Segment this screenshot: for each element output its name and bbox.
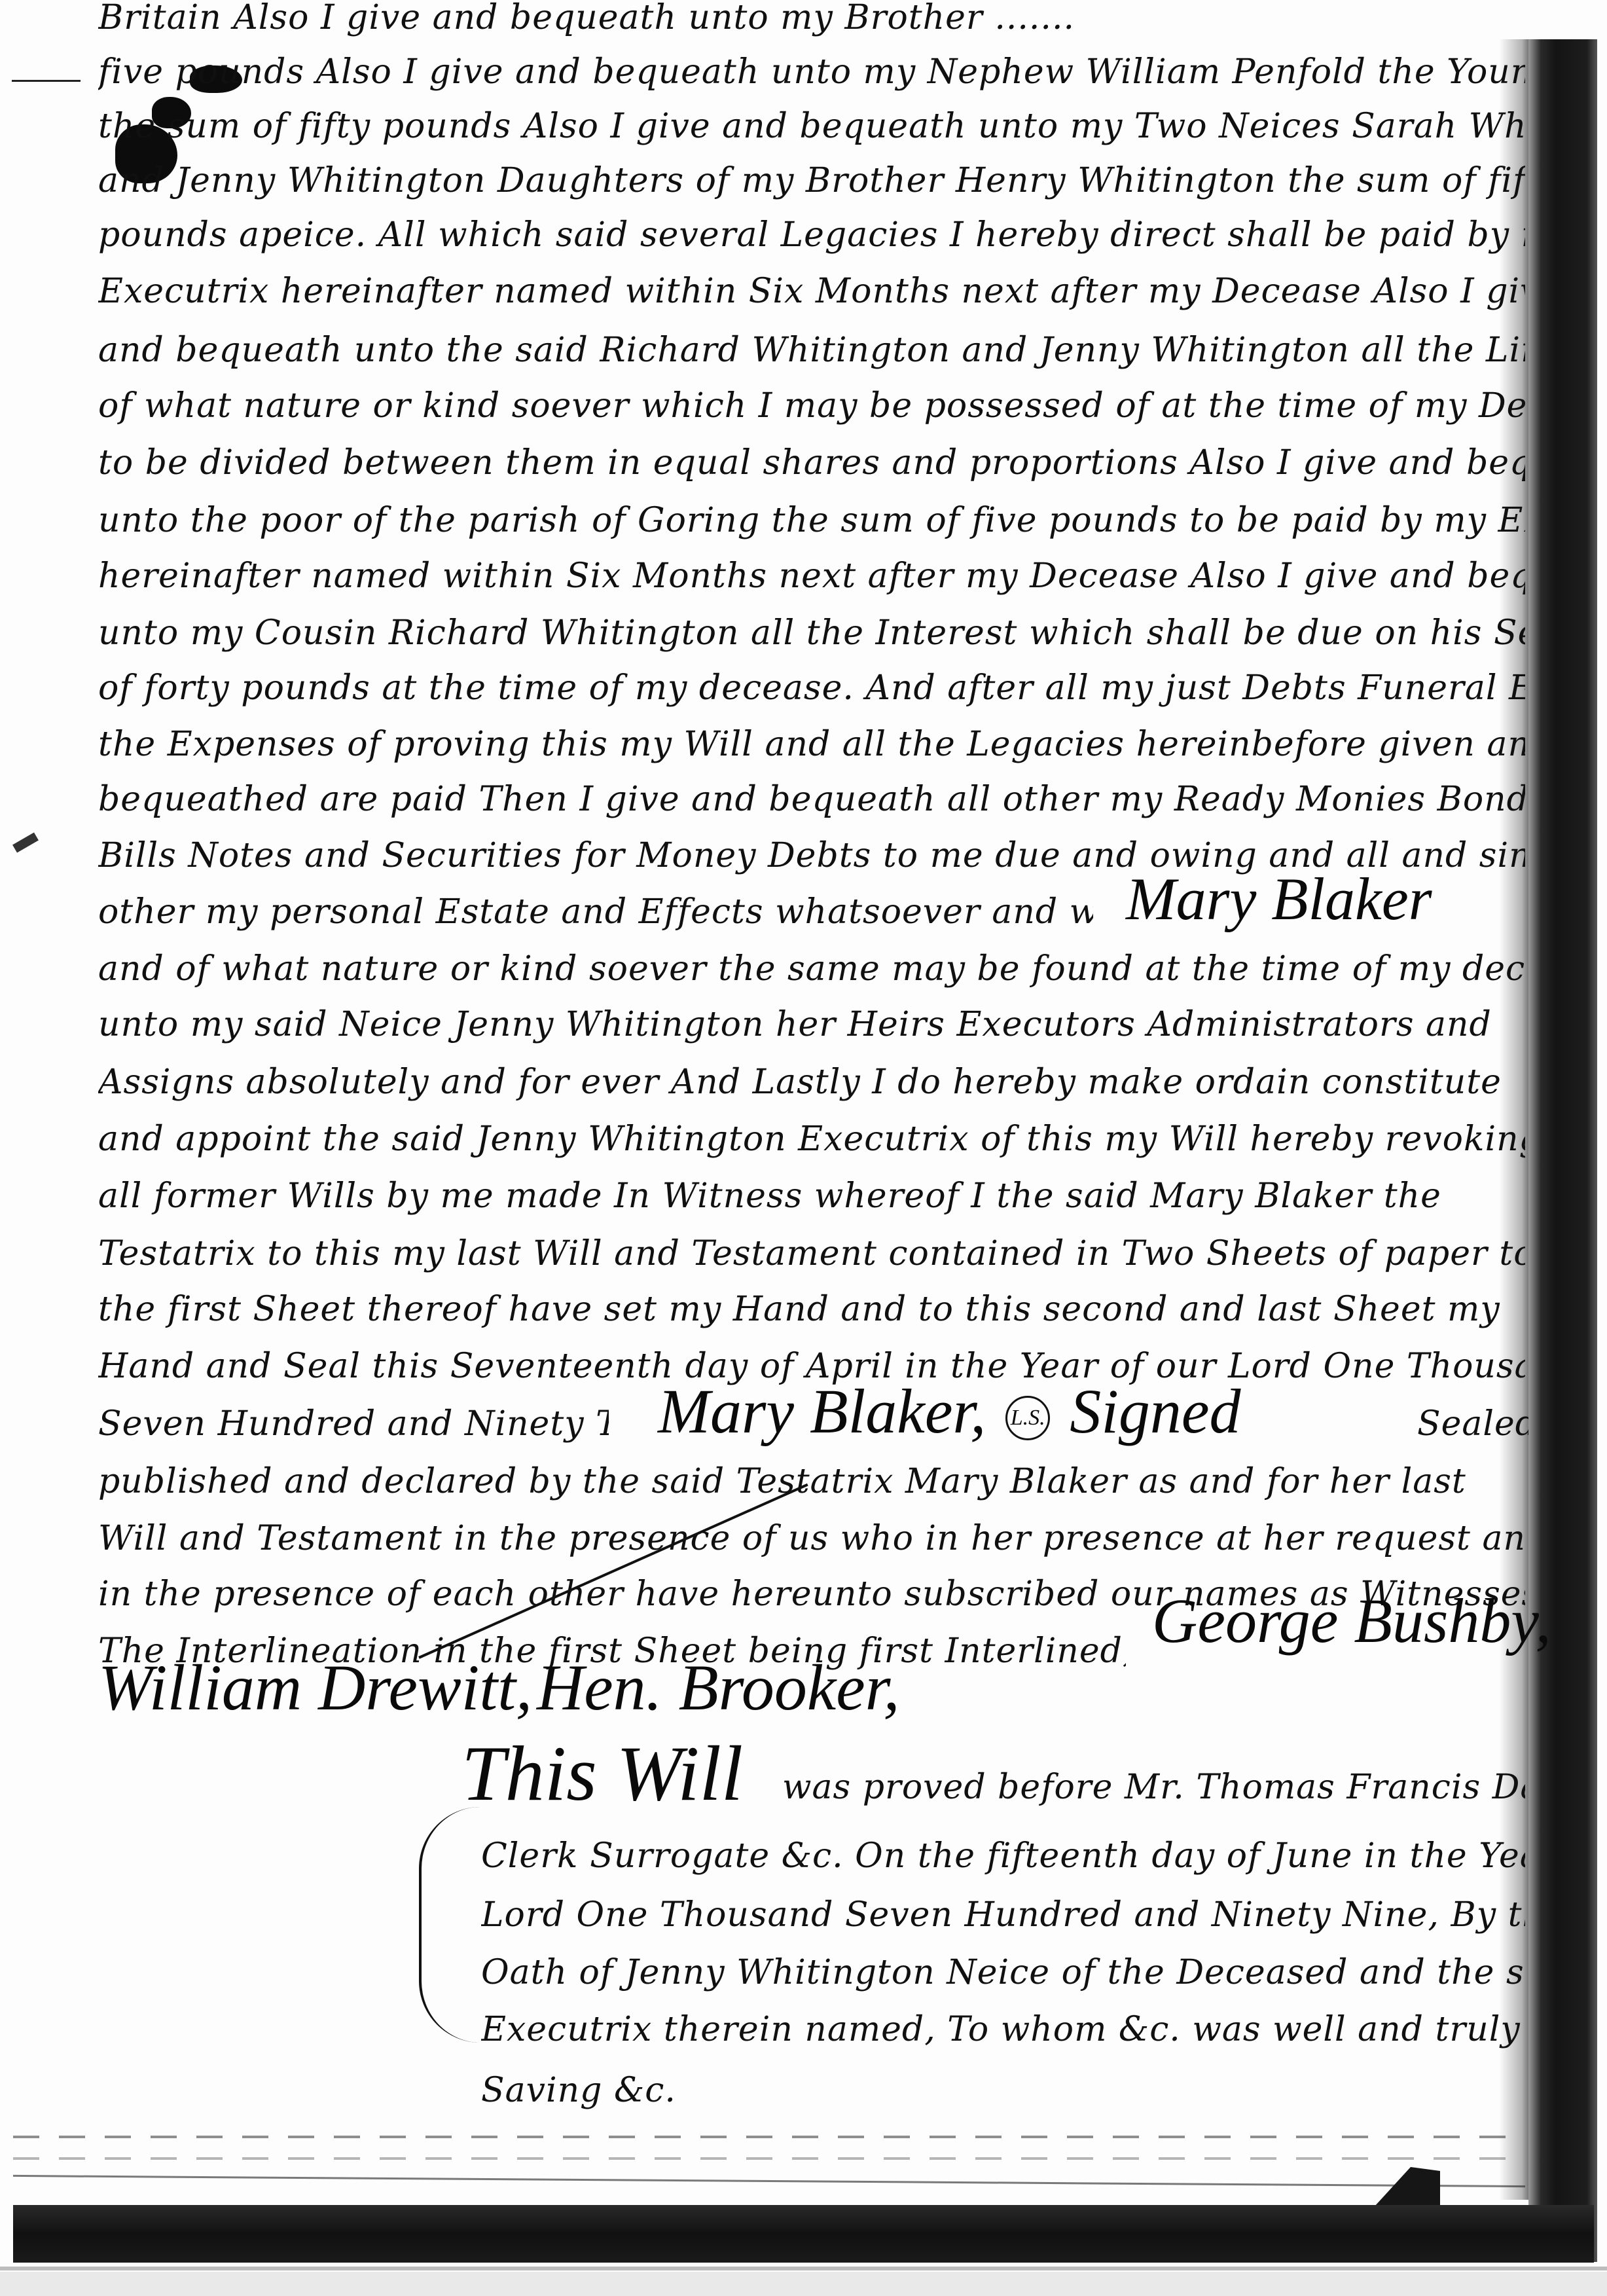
margin-signature-mary-blaker: Mary Blaker xyxy=(1126,864,1432,934)
will-line: unto the poor of the parish of Goring th… xyxy=(98,498,1525,549)
will-line: bequeathed are paid Then I give and bequ… xyxy=(98,776,1525,828)
scan-edge-line xyxy=(13,2175,1525,2187)
will-line: of forty pounds at the time of my deceas… xyxy=(98,665,1525,716)
probate-line: Clerk Surrogate &c. On the fifteenth day… xyxy=(481,1833,1525,1884)
will-line: and bequeath unto the said Richard Whiti… xyxy=(98,327,1525,378)
will-line: hereinafter named within Six Months next… xyxy=(98,553,1525,604)
will-line: and appoint the said Jenny Whitington Ex… xyxy=(98,1116,1525,1167)
testatrix-signature-text: Mary Blaker, xyxy=(658,1376,986,1446)
will-line: all former Wills by me made In Witness w… xyxy=(98,1173,1525,1224)
will-line: five pounds Also I give and bequeath unt… xyxy=(98,49,1525,100)
probate-line: Oath of Jenny Whitington Neice of the De… xyxy=(481,1950,1525,2001)
scan-shadow-wedge xyxy=(1375,2167,1440,2206)
margin-pen-mark xyxy=(12,832,39,852)
signed-label: Signed xyxy=(1070,1376,1240,1446)
will-line: Britain Also I give and bequeath unto my… xyxy=(98,0,1525,46)
probate-brace xyxy=(419,1807,480,2043)
seal-mark-icon: L.S. xyxy=(1005,1396,1050,1440)
probate-heading: This Will xyxy=(461,1728,743,1819)
binding-shadow-strip xyxy=(1528,39,1597,2262)
will-line: published and declared by the said Testa… xyxy=(98,1459,1525,1510)
will-line: the first Sheet thereof have set my Hand… xyxy=(98,1286,1525,1338)
probate-line: Lord One Thousand Seven Hundred and Nine… xyxy=(481,1892,1525,1943)
probate-line: Saving &c. xyxy=(481,2068,874,2119)
page-bottom-edge xyxy=(0,2267,1607,2270)
scanner-bed-strip xyxy=(0,2272,1607,2296)
probate-line: Executrix therein named, To whom &c. was… xyxy=(481,2007,1525,2058)
margin-tick xyxy=(12,80,81,82)
will-line: and of what nature or kind soever the sa… xyxy=(98,946,1525,997)
will-line: to be divided between them in equal shar… xyxy=(98,440,1525,491)
will-line: Executrix hereinafter named within Six M… xyxy=(98,268,1525,319)
will-line: Will and Testament in the presence of us… xyxy=(98,1516,1525,1567)
will-line: other my personal Estate and Effects wha… xyxy=(98,889,1093,940)
will-line: unto my Cousin Richard Whitington all th… xyxy=(98,610,1525,661)
scan-artifact-dashes xyxy=(13,2157,1519,2160)
scan-artifact-dashes xyxy=(13,2136,1519,2138)
will-line: the sum of fifty pounds Also I give and … xyxy=(98,103,1525,155)
witness-signature-william-drewitt: William Drewitt, xyxy=(98,1650,532,1725)
will-line: Seven Hundred and Ninety Two, xyxy=(98,1401,609,1452)
will-line: and Jenny Whitington Daughters of my Bro… xyxy=(98,158,1525,209)
will-line: of what nature or kind soever which I ma… xyxy=(98,383,1525,434)
witness-signature-george-bushby: George Bushby, xyxy=(1152,1584,1551,1657)
sealed-word: Sealed xyxy=(1417,1401,1528,1452)
will-line: Assigns absolutely and for ever And Last… xyxy=(98,1059,1525,1110)
will-line: pounds apeice. All which said several Le… xyxy=(98,212,1525,263)
scanned-will-page: Britain Also I give and bequeath unto my… xyxy=(0,0,1607,2296)
testatrix-signature: Mary Blaker, L.S. Signed xyxy=(658,1375,1240,1448)
bottom-scan-shadow xyxy=(13,2205,1594,2263)
witness-signature-hen-brooker: Hen. Brooker, xyxy=(537,1650,900,1725)
will-line: Testatrix to this my last Will and Testa… xyxy=(98,1231,1525,1282)
will-line: unto my said Neice Jenny Whitington her … xyxy=(98,1002,1525,1053)
will-line: the Expenses of proving this my Will and… xyxy=(98,721,1525,773)
probate-line: was proved before Mr. Thomas Francis Dav… xyxy=(782,1764,1525,1815)
